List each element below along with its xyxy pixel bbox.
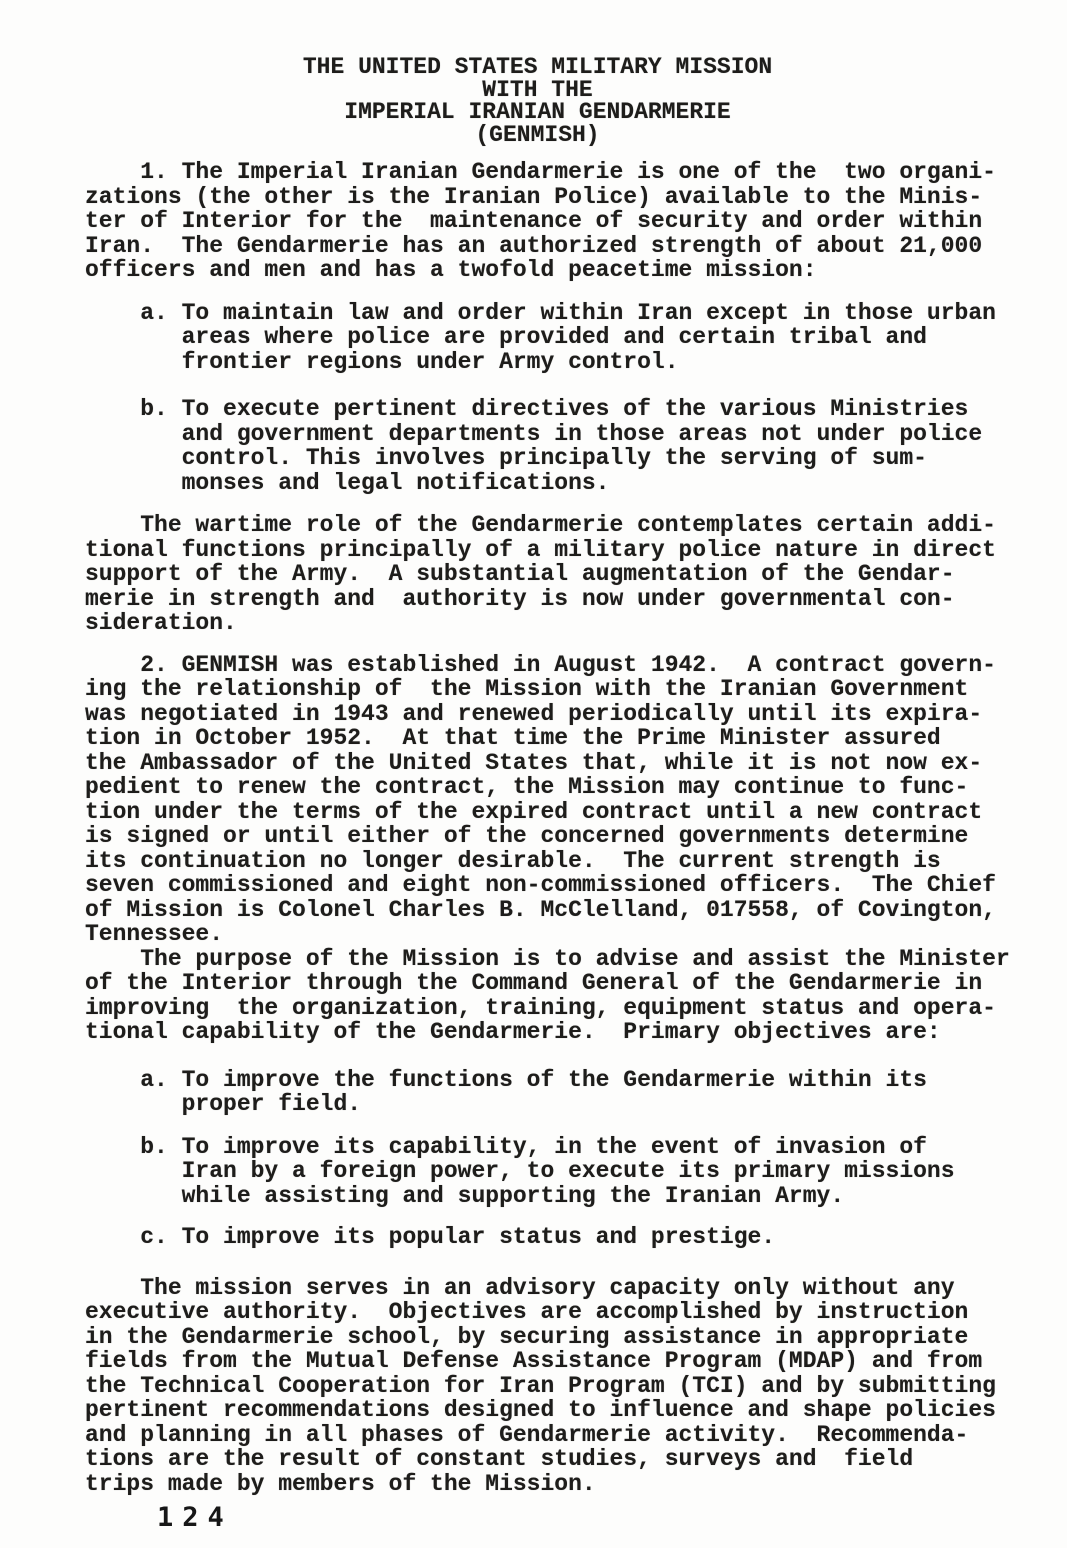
paragraph-intro: 1. The Imperial Iranian Gendarmerie is o… [85, 160, 1005, 283]
title-line-with-the: WITH THE [85, 79, 990, 102]
mission-list-item-b: b. To execute pertinent directives of th… [85, 397, 1005, 495]
mission-list-item-a: a. To maintain law and order within Iran… [85, 301, 1005, 375]
paragraph-genmish-history: 2. GENMISH was established in August 194… [85, 653, 1005, 947]
paragraph-mission-purpose: The purpose of the Mission is to advise … [85, 947, 1005, 1045]
document-content: THE UNITED STATES MILITARY MISSION WITH … [85, 56, 1005, 1533]
title-line-genmish: (GENMISH) [85, 124, 990, 147]
title-line-gendarmerie: IMPERIAL IRANIAN GENDARMERIE [85, 101, 990, 124]
title-line-mission: THE UNITED STATES MILITARY MISSION [85, 56, 990, 79]
document-title: THE UNITED STATES MILITARY MISSION WITH … [85, 56, 990, 146]
objective-list-item-b: b. To improve its capability, in the eve… [85, 1135, 1005, 1209]
page-number: 124 [157, 1502, 1005, 1533]
objective-list-item-c: c. To improve its popular status and pre… [85, 1225, 1005, 1250]
document-page: THE UNITED STATES MILITARY MISSION WITH … [0, 0, 1067, 1548]
paragraph-wartime-role: The wartime role of the Gendarmerie cont… [85, 513, 1005, 636]
objective-list-item-a: a. To improve the functions of the Genda… [85, 1068, 1005, 1117]
paragraph-advisory-capacity: The mission serves in an advisory capaci… [85, 1276, 1005, 1497]
